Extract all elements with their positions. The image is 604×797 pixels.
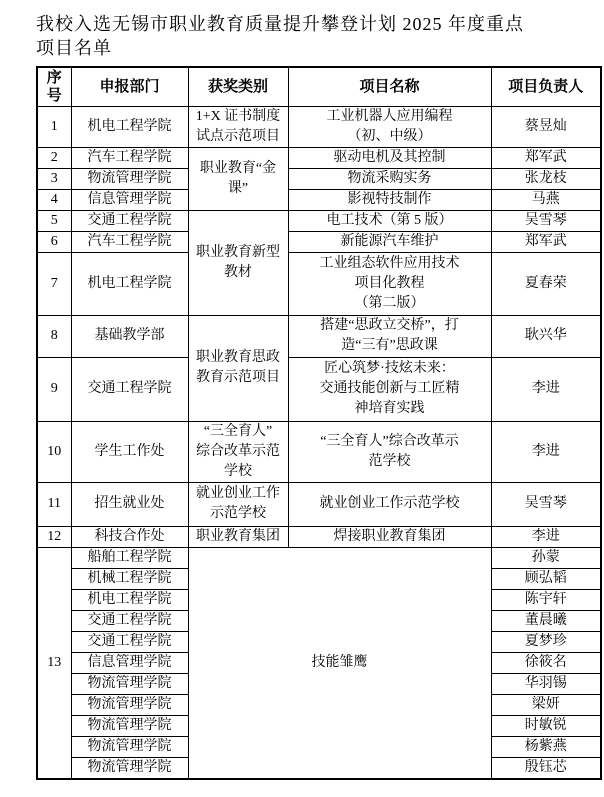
cell-dept: 物流管理学院 <box>71 757 188 779</box>
cell-leader: 张龙枝 <box>491 168 601 189</box>
cell-leader: 殷钰芯 <box>491 757 601 779</box>
cell-no: 6 <box>37 231 71 252</box>
table-row: 2 汽车工程学院 职业教育“金 课” 驱动电机及其控制 郑军武 <box>37 147 601 168</box>
col-header-project: 项目名称 <box>288 67 491 106</box>
cell-project: 焊接职业教育集团 <box>288 526 491 547</box>
cell-no: 4 <box>37 189 71 210</box>
projects-table: 序 号 申报部门 获奖类别 项目名称 项目负责人 1 机电工程学院 1+X 证书… <box>36 66 602 780</box>
table-row: 6 汽车工程学院 新能源汽车维护 郑军武 <box>37 231 601 252</box>
cell-project: 工业机器人应用编程 （初、中级） <box>288 106 491 147</box>
cell-no: 11 <box>37 482 71 526</box>
cell-no: 1 <box>37 106 71 147</box>
cell-category: “三全育人” 综合改革示范 学校 <box>188 421 288 482</box>
table-row: 1 机电工程学院 1+X 证书制度 试点示范项目 工业机器人应用编程 （初、中级… <box>37 106 601 147</box>
cell-dept: 机电工程学院 <box>71 106 188 147</box>
cell-project: “三全育人”综合改革示 范学校 <box>288 421 491 482</box>
cell-leader: 吴雪琴 <box>491 482 601 526</box>
cell-no: 9 <box>37 357 71 421</box>
cell-leader: 夏梦珍 <box>491 631 601 652</box>
cell-no: 13 <box>37 547 71 779</box>
cell-category: 职业教育“金 课” <box>188 147 288 210</box>
table-row: 5 交通工程学院 职业教育新型 教材 电工技术（第 5 版） 吴雪琴 <box>37 210 601 231</box>
cell-dept: 交通工程学院 <box>71 610 188 631</box>
cell-dept: 交通工程学院 <box>71 210 188 231</box>
cell-no: 5 <box>37 210 71 231</box>
col-header-no: 序 号 <box>37 67 71 106</box>
cell-no: 8 <box>37 315 71 357</box>
cell-leader: 董晨曦 <box>491 610 601 631</box>
cell-leader: 李进 <box>491 421 601 482</box>
cell-leader: 蔡昱灿 <box>491 106 601 147</box>
cell-dept: 汽车工程学院 <box>71 231 188 252</box>
cell-leader: 孙蒙 <box>491 547 601 568</box>
cell-dept: 信息管理学院 <box>71 652 188 673</box>
cell-leader: 马燕 <box>491 189 601 210</box>
cell-dept: 招生就业处 <box>71 482 188 526</box>
cell-leader: 郑军武 <box>491 231 601 252</box>
cell-project: 匠心筑梦·技炫未来： 交通技能创新与工匠精 神培育实践 <box>288 357 491 421</box>
cell-leader: 耿兴华 <box>491 315 601 357</box>
table-header-row: 序 号 申报部门 获奖类别 项目名称 项目负责人 <box>37 67 601 106</box>
page-title: 我校入选无锡市职业教育质量提升攀登计划 2025 年度重点 项目名单 <box>36 12 598 60</box>
cell-leader: 李进 <box>491 526 601 547</box>
cell-dept: 船舶工程学院 <box>71 547 188 568</box>
table-row: 11 招生就业处 就业创业工作 示范学校 就业创业工作示范学校 吴雪琴 <box>37 482 601 526</box>
cell-no: 2 <box>37 147 71 168</box>
cell-dept: 信息管理学院 <box>71 189 188 210</box>
cell-no: 10 <box>37 421 71 482</box>
cell-dept: 汽车工程学院 <box>71 147 188 168</box>
col-header-leader: 项目负责人 <box>491 67 601 106</box>
cell-project: 物流采购实务 <box>288 168 491 189</box>
cell-category: 1+X 证书制度 试点示范项目 <box>188 106 288 147</box>
cell-leader: 杨紫燕 <box>491 736 601 757</box>
table-row: 8 基础教学部 职业教育思政 教育示范项目 搭建“思政立交桥”，打 造“三有”思… <box>37 315 601 357</box>
cell-dept: 物流管理学院 <box>71 694 188 715</box>
table-row: 10 学生工作处 “三全育人” 综合改革示范 学校 “三全育人”综合改革示 范学… <box>37 421 601 482</box>
cell-dept: 基础教学部 <box>71 315 188 357</box>
cell-leader: 梁妍 <box>491 694 601 715</box>
cell-dept: 学生工作处 <box>71 421 188 482</box>
cell-project: 驱动电机及其控制 <box>288 147 491 168</box>
cell-dept: 机电工程学院 <box>71 589 188 610</box>
table-row: 9 交通工程学院 匠心筑梦·技炫未来： 交通技能创新与工匠精 神培育实践 李进 <box>37 357 601 421</box>
cell-leader: 李进 <box>491 357 601 421</box>
cell-project: 就业创业工作示范学校 <box>288 482 491 526</box>
cell-project: 搭建“思政立交桥”，打 造“三有”思政课 <box>288 315 491 357</box>
cell-no: 3 <box>37 168 71 189</box>
cell-leader: 徐筱名 <box>491 652 601 673</box>
cell-dept: 机械工程学院 <box>71 568 188 589</box>
col-header-dept: 申报部门 <box>71 67 188 106</box>
cell-category: 职业教育集团 <box>188 526 288 547</box>
cell-project: 新能源汽车维护 <box>288 231 491 252</box>
cell-dept: 交通工程学院 <box>71 631 188 652</box>
cell-dept: 物流管理学院 <box>71 736 188 757</box>
cell-project: 工业组态软件应用技术 项目化教程 （第二版） <box>288 252 491 315</box>
table-row: 4 信息管理学院 影视特技制作 马燕 <box>37 189 601 210</box>
cell-category-project: 技能雏鹰 <box>188 547 491 779</box>
cell-leader: 顾弘韬 <box>491 568 601 589</box>
cell-leader: 郑军武 <box>491 147 601 168</box>
cell-category: 职业教育新型 教材 <box>188 210 288 315</box>
cell-dept: 科技合作处 <box>71 526 188 547</box>
cell-leader: 陈宇轩 <box>491 589 601 610</box>
table-row: 7 机电工程学院 工业组态软件应用技术 项目化教程 （第二版） 夏春荣 <box>37 252 601 315</box>
cell-leader: 时敏锐 <box>491 715 601 736</box>
cell-category: 职业教育思政 教育示范项目 <box>188 315 288 421</box>
cell-no: 7 <box>37 252 71 315</box>
cell-no: 12 <box>37 526 71 547</box>
cell-project: 电工技术（第 5 版） <box>288 210 491 231</box>
cell-dept: 机电工程学院 <box>71 252 188 315</box>
table-row: 13 船舶工程学院 技能雏鹰 孙蒙 <box>37 547 601 568</box>
col-header-category: 获奖类别 <box>188 67 288 106</box>
cell-project: 影视特技制作 <box>288 189 491 210</box>
table-row: 12 科技合作处 职业教育集团 焊接职业教育集团 李进 <box>37 526 601 547</box>
table-row: 3 物流管理学院 物流采购实务 张龙枝 <box>37 168 601 189</box>
cell-dept: 物流管理学院 <box>71 715 188 736</box>
cell-leader: 夏春荣 <box>491 252 601 315</box>
cell-dept: 物流管理学院 <box>71 673 188 694</box>
cell-dept: 交通工程学院 <box>71 357 188 421</box>
cell-leader: 吴雪琴 <box>491 210 601 231</box>
cell-leader: 华羽锡 <box>491 673 601 694</box>
cell-dept: 物流管理学院 <box>71 168 188 189</box>
document-page: 我校入选无锡市职业教育质量提升攀登计划 2025 年度重点 项目名单 序 号 申… <box>0 0 604 797</box>
cell-category: 就业创业工作 示范学校 <box>188 482 288 526</box>
